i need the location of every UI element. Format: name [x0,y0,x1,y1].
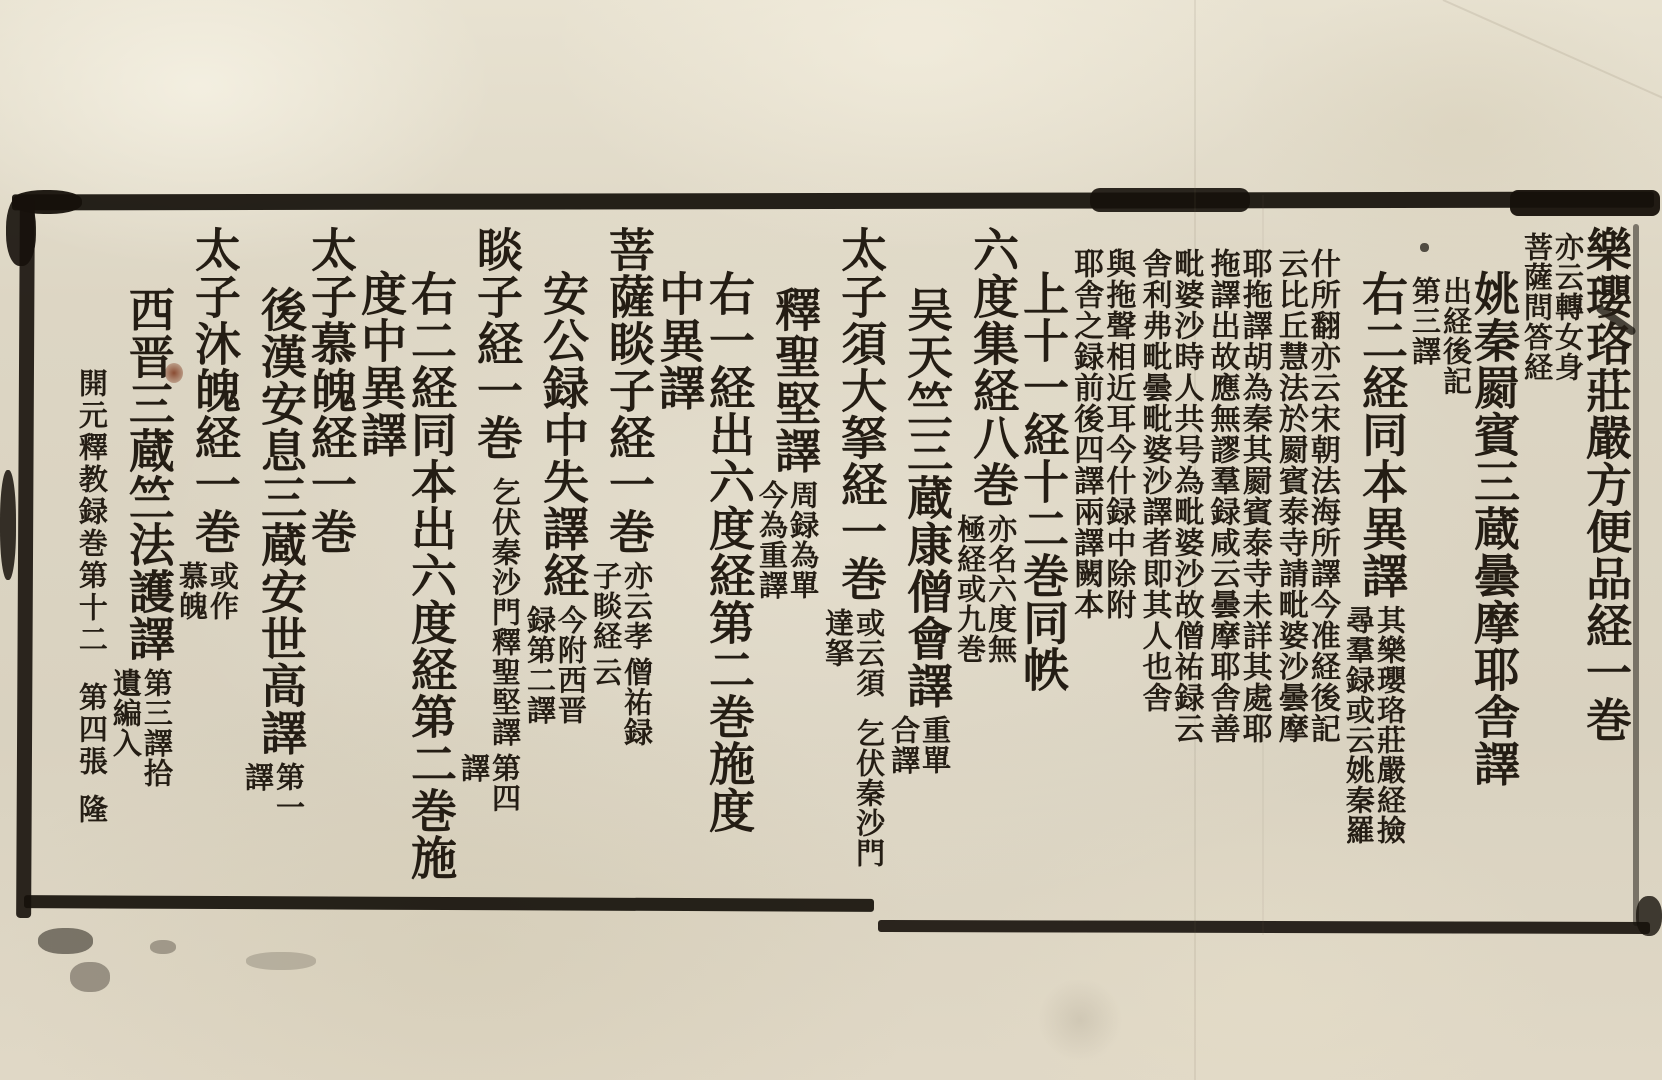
ink-smudge-bottom-left [150,940,176,954]
note-line: 與拖聲相近耳今什録中除附 [1101,248,1133,620]
interlinear-note: 與拖聲相近耳今什録中除附耶舎之録前後四譯兩譯闕本 [1069,248,1133,620]
interlinear-note: 耶拖譯胡為秦其罽賓泰寺未詳其處耶拖譯出故應無謬羣録咸云曇摩耶舎善 [1206,248,1270,744]
case-character: 隆 [75,794,107,826]
note-line: 達拏 [821,608,852,698]
entry-translator-tanmoyeshe: 姚秦罽賓三蔵曇摩耶舎譯出経後記第三譯 [1408,226,1516,898]
catalog-volume-label: 開元釋教録巻第十二 [75,368,107,656]
note-line: 第一 [272,762,303,822]
note-line: 耶拖譯胡為秦其罽賓泰寺未詳其處耶 [1238,248,1270,744]
statement-source: 右二経同本出六度経第二巻施 [407,226,453,898]
note-line: 或作 [206,561,237,621]
note-line: 亦名六度無 [984,514,1015,664]
column-text: 後漢安息三蔵安世高譯 [255,286,306,756]
column-text: 菩薩睒子経一巻 [603,226,654,555]
column-text: 六度集経八巻 [967,226,1018,508]
statement-source: 右一経出六度経第二巻施度 [705,226,751,898]
left-edge-ink-smudge [6,196,36,266]
note-line: 周録為單 [786,480,817,600]
note-line: 云比丘慧法於罽賓泰寺請毗婆沙曇摩 [1274,248,1306,744]
interlinear-note: 亦云轉女身菩薩問答経 [1520,232,1582,382]
column-text: 釋聖堅譯 [769,286,820,474]
note-line: 遺編入 [109,668,140,788]
entry-title-liuduji: 六度集経八巻亦名六度無極経或九巻 [953,226,1015,898]
note-line: 耶舎之録前後四譯兩譯闕本 [1069,248,1101,620]
note-line: 第四 [488,753,519,813]
note-line: 舎利弗毗曇毗婆沙譯者即其人也舎 [1137,248,1169,744]
ink-smudge-bottom-left [38,928,93,954]
column-text: 右二経同本出六度経第二巻施 [405,270,456,881]
text-block: 樂瓔珞莊嚴方便品経一巻亦云轉女身菩薩問答経姚秦罽賓三蔵曇摩耶舎譯出経後記第三譯右… [58,226,1632,898]
annotation-column: 毗婆沙時人共号為毗婆沙故僧祐録云舎利弗毗曇毗婆沙譯者即其人也舎 [1137,226,1201,898]
statement-fascicle-group: 上十一経十二巻同帙 [1019,226,1065,898]
entry-title-sudana: 太子須大拏経一巻或云須達拏乞伏秦沙門 [821,226,883,898]
sheet-number: 第四張 [75,682,107,778]
note-line: 云 [589,657,620,747]
interlinear-note: 毗婆沙時人共号為毗婆沙故僧祐録云舎利弗毗曇毗婆沙譯者即其人也舎 [1137,248,1201,744]
interlinear-note: 或云須達拏 [821,608,883,698]
column-text: 西晋三蔵竺法護譯 [123,286,174,662]
column-text: 中異譯 [653,270,704,411]
column-text: 吴天竺三蔵康僧會譯 [901,286,952,709]
frame-border-top [12,192,1654,211]
entry-title-yingluo: 樂瓔珞莊嚴方便品経一巻亦云轉女身菩薩問答経 [1520,226,1628,898]
interlinear-note: 第四譯 [457,753,519,813]
note-line: 毗婆沙時人共号為毗婆沙故僧祐録云 [1169,248,1201,744]
paper-crease-diagonal [1443,0,1662,123]
spacer [859,698,861,712]
annotation-column: 與拖聲相近耳今什録中除附耶舎之録前後四譯兩譯闕本 [1069,226,1133,898]
statement-source-cont: 度中異譯 [357,226,403,898]
entry-title-mupo2: 太子沐魄経一巻或作慕魄 [175,226,237,898]
ink-smudge-bottom [246,952,316,970]
note-line: 極経或九巻 [953,514,984,664]
bleed-through-shadow [1035,980,1125,1060]
entry-translator-kangsenghui: 吴天竺三蔵康僧會譯重單合譯 [887,226,949,898]
column-text: 上十一経十二巻同帙 [1017,270,1068,693]
entry-translator-anonymous: 安公録中失譯経今附西晋録第二譯 [523,226,585,898]
column-text: 安公録中失譯経 [537,270,588,599]
note-line: 尋羣録或云姚秦羅 [1342,605,1373,845]
left-edge-ink-smudge [0,470,16,580]
colophon-column: 開元釋教録巻第十二第四張隆 [76,226,105,898]
column-text: 右一経出六度経第二巻施度 [703,270,754,834]
interlinear-note: 今附西晋録第二譯 [523,605,585,725]
note-line: 合譯 [887,715,918,775]
note-line: 第三譯拾 [140,668,171,788]
spacer [90,778,92,794]
ink-blob-bottom-right [1636,896,1662,936]
entry-title-shanzi: 睒子経一巻乞伏秦沙門釋聖堅譯第四譯 [457,226,519,898]
entry-title-pusashanzi: 菩薩睒子経一巻亦云孝子睒経僧祐録云 [589,226,651,898]
column-text: 睒子経一巻 [471,226,522,461]
frame-border-top-blob [1510,190,1660,216]
interlinear-note: 亦云孝子睒経 [589,561,651,651]
annotation-column: 什所翻亦云宋朝法海所譯今准経後記云比丘慧法於罽賓泰寺請毗婆沙曇摩 [1274,226,1338,898]
frame-border-top-blob [1090,188,1250,212]
entry-title-mupo: 太子慕魄経一巻 [307,226,353,898]
frame-border-left [16,198,35,918]
spacer [495,461,497,471]
note-line: 或云須 [852,608,883,698]
column-text: 太子沐魄経一巻 [189,226,240,555]
note-line: 拖譯出故應無謬羣録咸云曇摩耶舎善 [1206,248,1238,744]
note-line: 録第二譯 [523,605,554,725]
note-line: 慕魄 [175,561,206,621]
statement-same-text: 右二経同本異譯其樂瓔珞莊嚴経撿尋羣録或云姚秦羅 [1342,226,1404,898]
note-line: 亦云轉女身 [1551,232,1582,382]
note-line: 菩薩問答経 [1520,232,1551,382]
note-line: 譯 [457,753,488,813]
column-text: 太子慕魄経一巻 [305,226,356,555]
column-text: 姚秦罽賓三蔵曇摩耶舎譯 [1468,270,1519,787]
column-text: 樂瓔珞莊嚴方便品経一巻 [1580,226,1631,743]
note-line: 乞伏秦沙門 [852,718,883,868]
note-line: 子睒経 [589,561,620,651]
statement-source-cont: 中異譯 [655,226,701,898]
column-text: 右二経同本異譯 [1356,270,1407,599]
note-line: 其樂瓔珞莊嚴経撿 [1373,605,1404,845]
entry-translator-zhufahu: 西晋三蔵竺法護譯第三譯拾遺編入 [109,226,171,898]
note-line: 什所翻亦云宋朝法海所譯今准経後記 [1306,248,1338,744]
interlinear-note: 周録為單今為重譯 [755,480,817,600]
interlinear-note: 乞伏秦沙門釋聖堅譯 [488,477,519,747]
interlinear-note: 重單合譯 [887,715,949,775]
column-text: 太子須大拏経一巻 [835,226,886,602]
note-line: 譯 [241,762,272,822]
interlinear-note: 第三譯拾遺編入 [109,668,171,788]
interlinear-note: 僧祐録云 [589,657,651,747]
interlinear-note: 或作慕魄 [175,561,237,621]
note-line: 第三譯 [1408,276,1439,396]
note-line: 重單 [918,715,949,775]
interlinear-note: 其樂瓔珞莊嚴経撿尋羣録或云姚秦羅 [1342,605,1404,845]
ink-smudge-bottom-left [70,962,110,992]
column-text: 度中異譯 [355,270,406,458]
interlinear-note: 亦名六度無極経或九巻 [953,514,1015,664]
interlinear-note: 什所翻亦云宋朝法海所譯今准経後記云比丘慧法於罽賓泰寺請毗婆沙曇摩 [1274,248,1338,744]
annotation-column: 耶拖譯胡為秦其罽賓泰寺未詳其處耶拖譯出故應無謬羣録咸云曇摩耶舎善 [1206,226,1270,898]
interlinear-note: 出経後記第三譯 [1408,276,1470,396]
note-line: 今為重譯 [755,480,786,600]
note-line: 今附西晋 [554,605,585,725]
note-line: 亦云孝 [620,561,651,651]
entry-translator-shengjian: 釋聖堅譯周録為單今為重譯 [755,226,817,898]
entry-translator-anshigao: 後漢安息三蔵安世高譯第一譯 [241,226,303,898]
frame-border-bottom-right [878,920,1650,934]
note-line: 乞伏秦沙門釋聖堅譯 [488,477,519,747]
manuscript-page: { "palette":{ "paper":"#ddd6c4", "paper_… [0,0,1662,1080]
spacer [90,656,92,682]
interlinear-note: 第一譯 [241,762,303,822]
interlinear-note: 乞伏秦沙門 [852,718,883,868]
note-line: 出経後記 [1439,276,1470,396]
note-line: 僧祐録 [620,657,651,747]
